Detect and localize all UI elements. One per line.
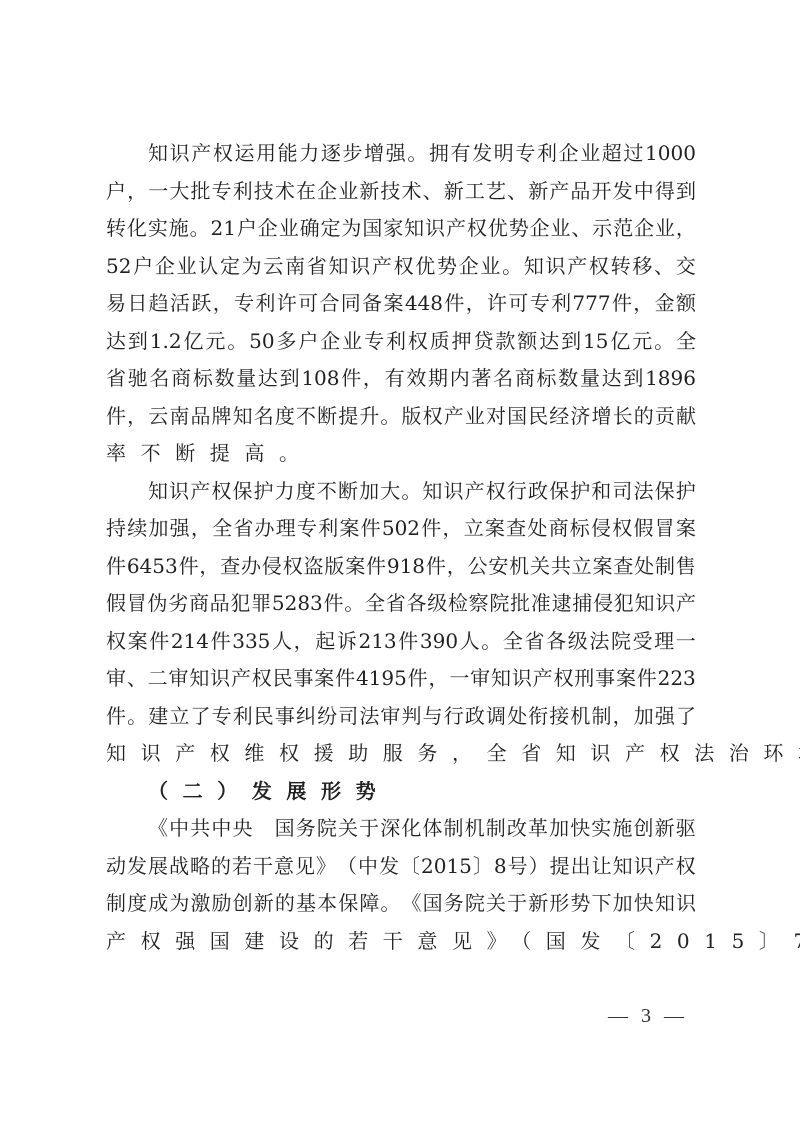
- text-line: 转化实施。21户企业确定为国家知识产权优势企业、示范企业，: [106, 210, 696, 248]
- document-body: 知识产权运用能力逐步增强。拥有发明专利企业超过1000户，一大批专利技术在企业新…: [106, 135, 696, 960]
- text-line: 率不断提高。: [106, 435, 696, 473]
- text-line: 产权强国建设的若干意见》（国发〔2015〕71号）明确推进知识: [106, 923, 696, 961]
- text-line: 易日趋活跃，专利许可合同备案448件，许可专利777件，金额: [106, 285, 696, 323]
- document-page: 知识产权运用能力逐步增强。拥有发明专利企业超过1000户，一大批专利技术在企业新…: [0, 0, 800, 1131]
- text-line: （二）发展形势: [106, 773, 696, 811]
- text-line: 知识产权运用能力逐步增强。拥有发明专利企业超过1000: [106, 135, 696, 173]
- text-line: 动发展战略的若干意见》（中发〔2015〕8号）提出让知识产权: [106, 848, 696, 886]
- text-line: 持续加强，全省办理专利案件502件，立案查处商标侵权假冒案: [106, 510, 696, 548]
- text-line: 制度成为激励创新的基本保障。《国务院关于新形势下加快知识: [106, 885, 696, 923]
- text-line: 假冒伪劣商品犯罪5283件。全省各级检察院批准逮捕侵犯知识产: [106, 585, 696, 623]
- text-line: 件，云南品牌知名度不断提升。版权产业对国民经济增长的贡献: [106, 398, 696, 436]
- text-line: 知识产权保护力度不断加大。知识产权行政保护和司法保护: [106, 473, 696, 511]
- text-line: 户，一大批专利技术在企业新技术、新工艺、新产品开发中得到: [106, 173, 696, 211]
- text-line: 件6453件，查办侵权盗版案件918件，公安机关共立案查处制售: [106, 548, 696, 586]
- text-line: 权案件214件335人，起诉213件390人。全省各级法院受理一: [106, 623, 696, 661]
- text-line: 审、二审知识产权民事案件4195件，一审知识产权刑事案件223: [106, 660, 696, 698]
- paragraph: 《中共中央 国务院关于深化体制机制改革加快实施创新驱动发展战略的若干意见》（中发…: [106, 810, 696, 960]
- page-number: — 3 —: [608, 1005, 688, 1028]
- text-line: 省驰名商标数量达到108件，有效期内著名商标数量达到1896: [106, 360, 696, 398]
- section-heading: （二）发展形势: [106, 773, 696, 811]
- text-line: 《中共中央 国务院关于深化体制机制改革加快实施创新驱: [106, 810, 696, 848]
- text-line: 52户企业认定为云南省知识产权优势企业。知识产权转移、交: [106, 248, 696, 286]
- text-line: 知识产权维权援助服务，全省知识产权法治环境不断优化。: [106, 735, 696, 773]
- text-line: 达到1.2亿元。50多户企业专利权质押贷款额达到15亿元。全: [106, 323, 696, 361]
- paragraph: 知识产权运用能力逐步增强。拥有发明专利企业超过1000户，一大批专利技术在企业新…: [106, 135, 696, 473]
- paragraph: 知识产权保护力度不断加大。知识产权行政保护和司法保护持续加强，全省办理专利案件5…: [106, 473, 696, 773]
- text-line: 件。建立了专利民事纠纷司法审判与行政调处衔接机制，加强了: [106, 698, 696, 736]
